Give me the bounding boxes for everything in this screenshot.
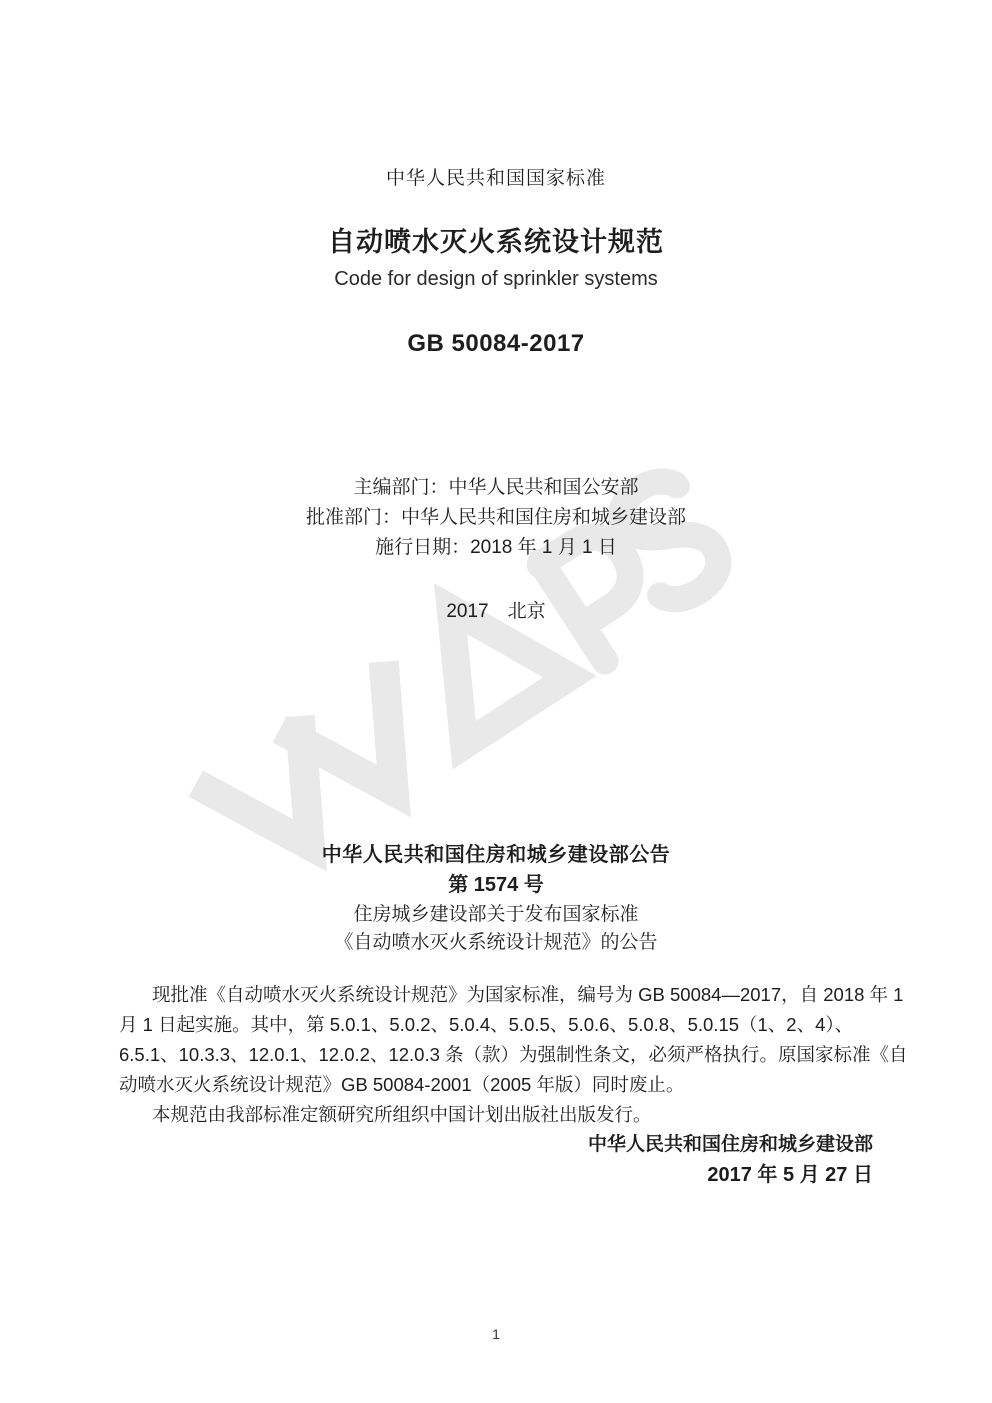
standard-title-en: Code for design of sprinkler systems [0, 268, 992, 291]
page-number: 1 [0, 1326, 992, 1342]
announcement-number: 第 1574 号 [0, 868, 992, 897]
standard-code: GB 50084-2017 [0, 330, 992, 358]
publisher-line: 本规范由我部标准定额研究所组织中国计划出版社出版发行。 [119, 1100, 873, 1130]
announcement-subtitle-1: 住房城乡建设部关于发布国家标准 [0, 899, 992, 926]
implementation-date-line: 施行日期：2018 年 1 月 1 日 [0, 533, 992, 563]
approval-department-line: 批准部门：中华人民共和国住房和城乡建设部 [0, 503, 992, 533]
standard-title-cn: 自动喷水灭火系统设计规范 [0, 220, 992, 259]
announcement-body-line: 6.5.1、10.3.3、12.0.1、12.0.2、12.0.3 条（款）为强… [119, 1040, 873, 1070]
standard-type-label: 中华人民共和国国家标准 [0, 163, 992, 190]
document-page: 中华人民共和国国家标准 自动喷水灭火系统设计规范 Code for design… [0, 0, 992, 1403]
wps-w-chevron-2 [280, 662, 446, 825]
announcement-title: 中华人民共和国住房和城乡建设部公告 [0, 838, 992, 867]
announcement-body-line: 动喷水灭火系统设计规范》GB 50084-2001（2005 年版）同时废止。 [119, 1070, 873, 1100]
chief-department-line: 主编部门：中华人民共和国公安部 [0, 473, 992, 503]
announcement-subtitle-2: 《自动喷水灭火系统设计规范》的公告 [0, 927, 992, 954]
signature-line: 中华人民共和国住房和城乡建设部 [119, 1130, 873, 1160]
signature-date: 2017 年 5 月 27 日 [119, 1160, 873, 1190]
department-block: 主编部门：中华人民共和国公安部 批准部门：中华人民共和国住房和城乡建设部 施行日… [0, 473, 992, 563]
year-city-line: 2017 北京 [0, 596, 992, 623]
announcement-body-line: 现批准《自动喷水灭火系统设计规范》为国家标准，编号为 GB 50084—2017… [119, 980, 873, 1010]
announcement-body-line: 月 1 日起实施。其中，第 5.0.1、5.0.2、5.0.4、5.0.5、5.… [119, 1010, 873, 1040]
announcement-body: 现批准《自动喷水灭火系统设计规范》为国家标准，编号为 GB 50084—2017… [119, 980, 873, 1190]
